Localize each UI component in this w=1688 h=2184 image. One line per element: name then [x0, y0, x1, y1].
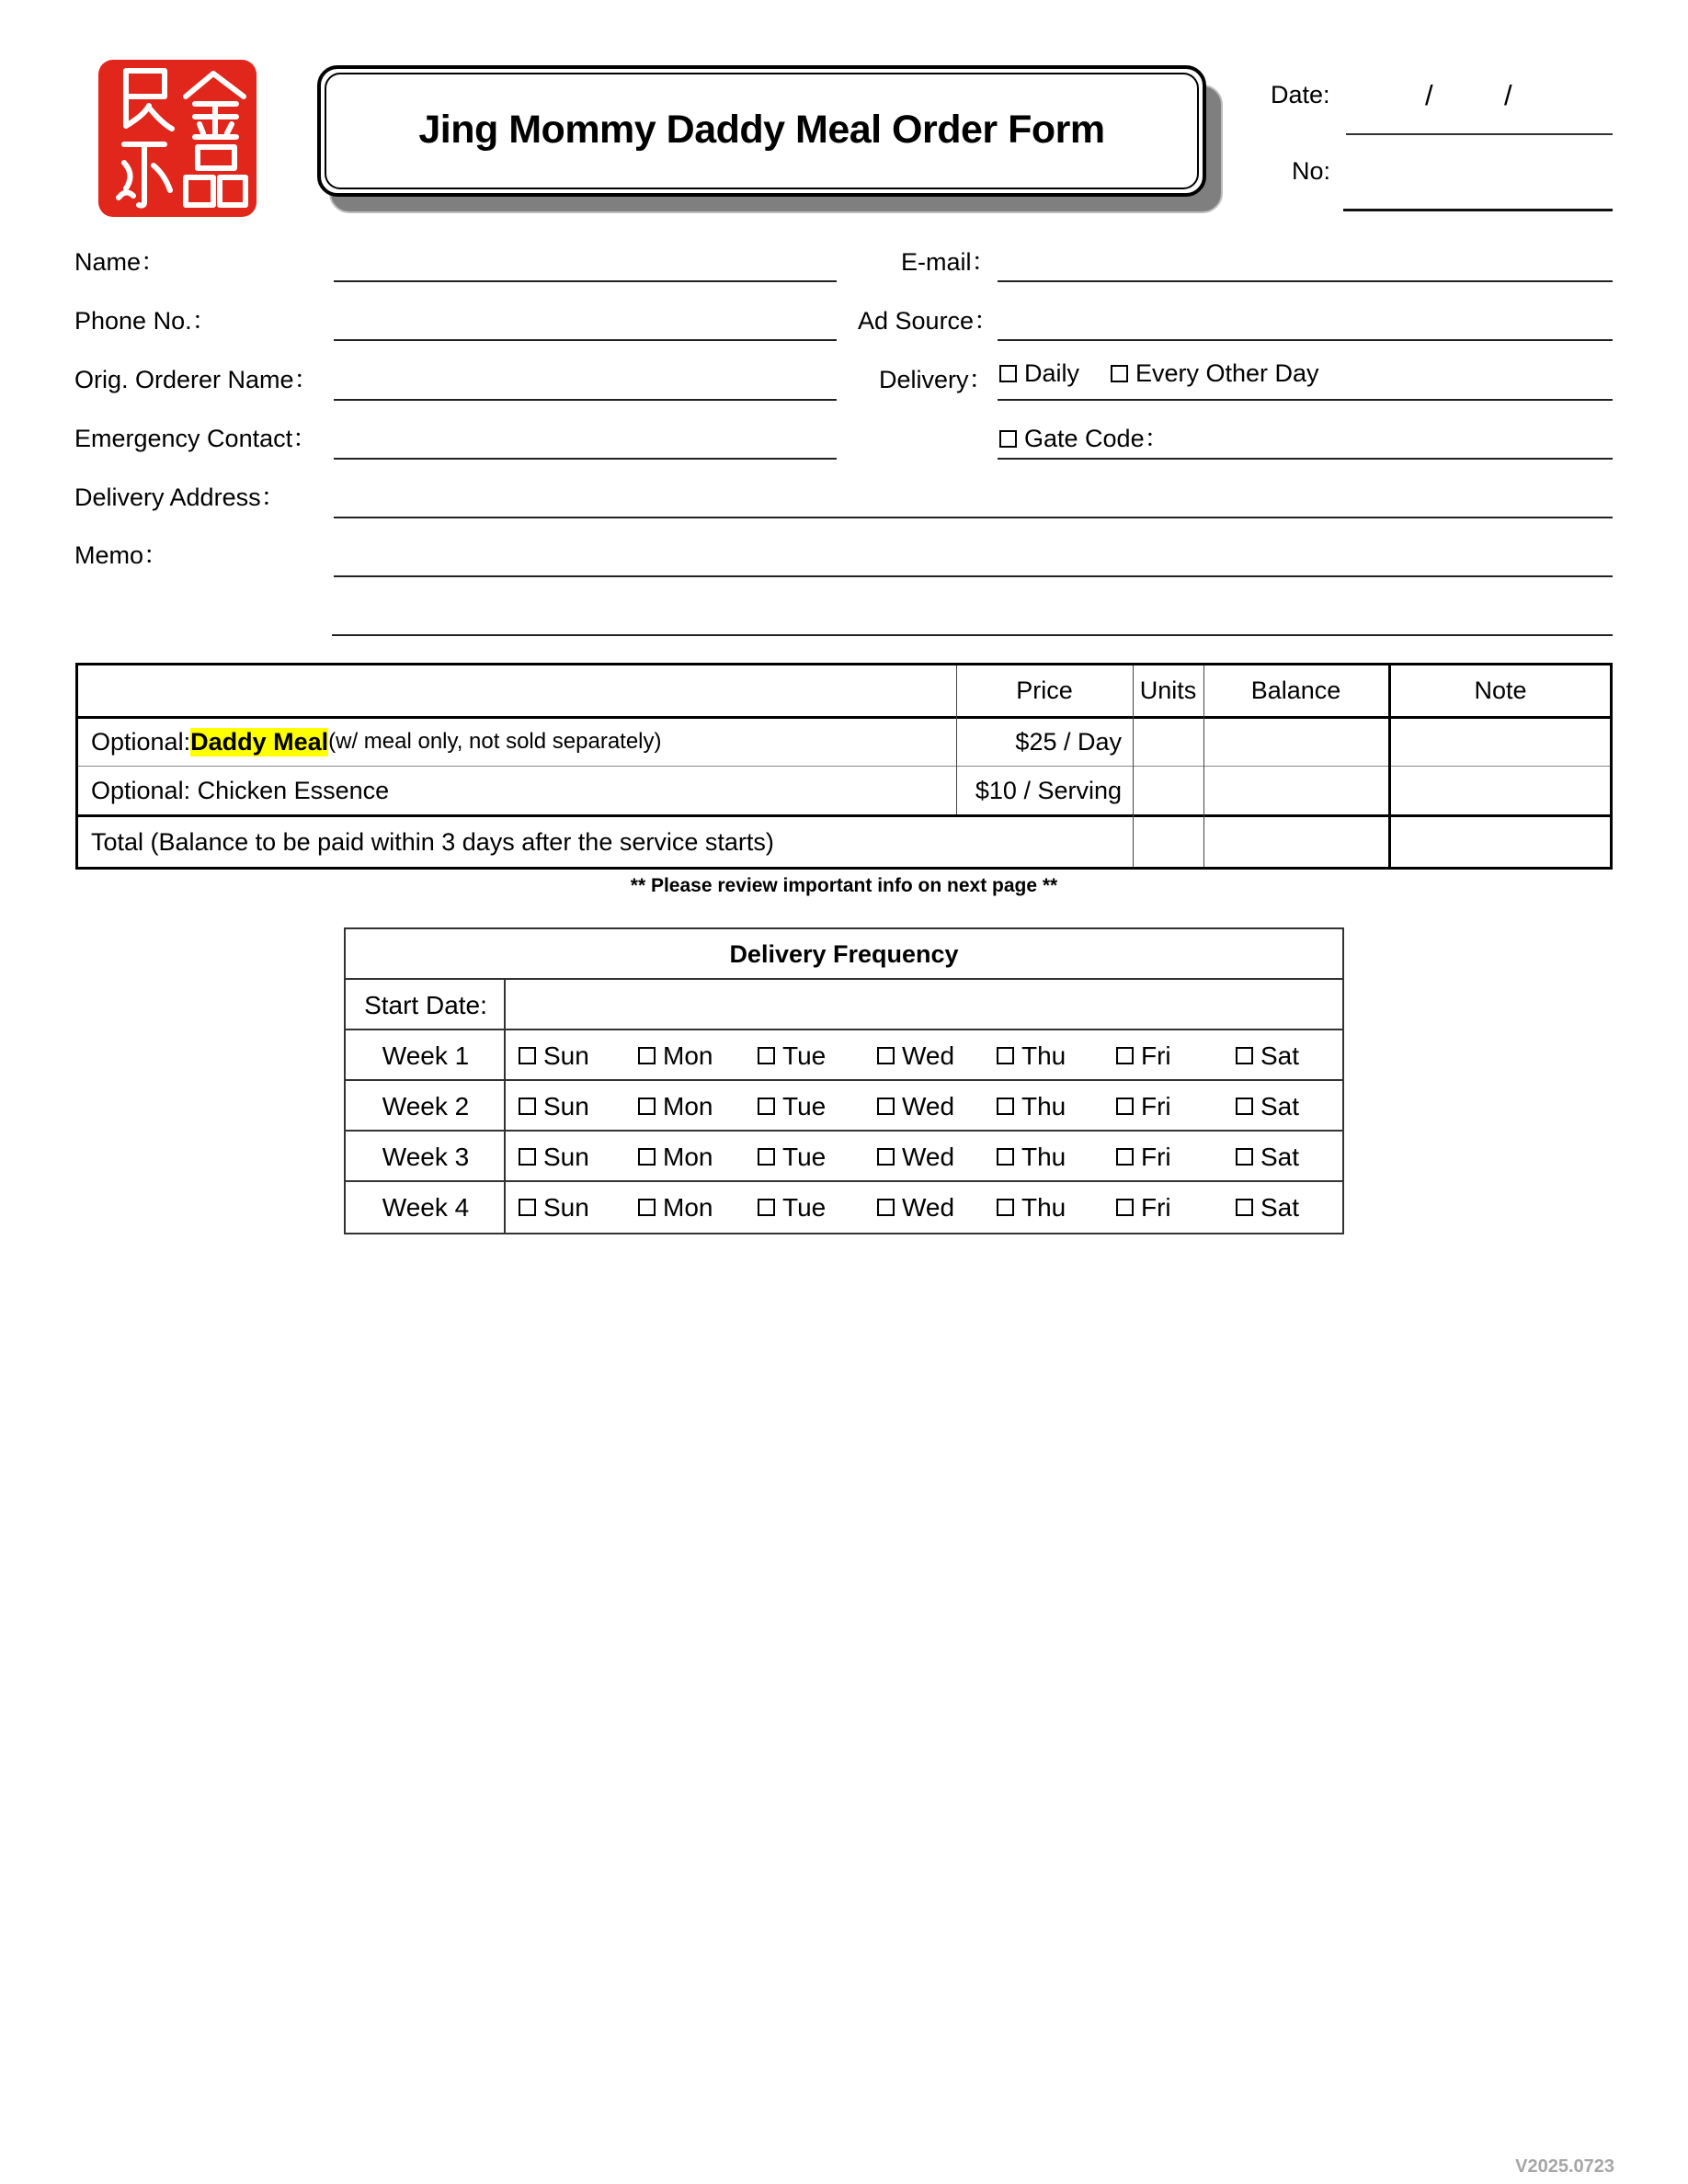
- version-label: V2025.0723: [1515, 2156, 1614, 2178]
- day-option-fri[interactable]: Fri: [1116, 1030, 1171, 1081]
- day-option-wed[interactable]: Wed: [877, 1030, 954, 1081]
- checkbox-icon[interactable]: [758, 1148, 775, 1166]
- day-label: Fri: [1141, 1193, 1171, 1223]
- day-label: Mon: [663, 1143, 713, 1172]
- checkbox-icon[interactable]: [877, 1199, 895, 1216]
- chicken-essence-units[interactable]: [1133, 767, 1203, 814]
- delivery-every-other-day-label: Every Other Day: [1135, 359, 1319, 387]
- checkbox-icon[interactable]: [1116, 1199, 1134, 1216]
- checkbox-icon[interactable]: [519, 1047, 536, 1064]
- day-option-mon[interactable]: Mon: [638, 1081, 713, 1132]
- checkbox-icon[interactable]: [877, 1098, 895, 1115]
- start-date-label: Start Date:: [346, 980, 506, 1030]
- checkbox-icon[interactable]: [1236, 1199, 1253, 1216]
- day-option-sun[interactable]: Sun: [519, 1030, 589, 1081]
- gate-code-option[interactable]: Gate Code：: [999, 418, 1169, 454]
- phone-field[interactable]: [334, 339, 837, 341]
- day-label: Wed: [902, 1041, 954, 1071]
- day-option-thu[interactable]: Thu: [997, 1132, 1066, 1182]
- name-label: Name：: [74, 242, 165, 278]
- checkbox-icon[interactable]: [519, 1098, 536, 1115]
- no-label: No:: [1292, 157, 1330, 186]
- delivery-every-other-day-option[interactable]: Every Other Day: [1111, 359, 1319, 388]
- day-label: Sat: [1260, 1041, 1299, 1071]
- header-units: Units: [1133, 665, 1203, 716]
- checkbox-icon[interactable]: [999, 430, 1017, 448]
- day-label: Wed: [902, 1092, 954, 1121]
- day-option-wed[interactable]: Wed: [877, 1132, 954, 1182]
- delivery-daily-label: Daily: [1024, 359, 1079, 387]
- week-label: Week 4: [346, 1182, 506, 1233]
- checkbox-icon[interactable]: [758, 1098, 775, 1115]
- memo-field-line-2[interactable]: [332, 634, 1613, 636]
- day-option-wed[interactable]: Wed: [877, 1081, 954, 1132]
- checkbox-icon[interactable]: [1236, 1047, 1253, 1064]
- day-label: Thu: [1021, 1092, 1066, 1121]
- day-option-fri[interactable]: Fri: [1116, 1081, 1171, 1132]
- day-option-wed[interactable]: Wed: [877, 1182, 954, 1233]
- total-units[interactable]: [1133, 817, 1203, 867]
- header-balance: Balance: [1203, 665, 1388, 716]
- title-box: Jing Mommy Daddy Meal Order Form: [317, 65, 1206, 197]
- checkbox-icon[interactable]: [638, 1098, 656, 1115]
- price-table: Price Units Balance Note Optional: Daddy…: [75, 663, 1613, 870]
- checkbox-icon[interactable]: [1111, 365, 1128, 382]
- checkbox-icon[interactable]: [519, 1148, 536, 1166]
- delivery-address-label: Delivery Address：: [74, 477, 286, 513]
- ad-source-label: Ad Source：: [858, 301, 998, 336]
- day-option-mon[interactable]: Mon: [638, 1132, 713, 1182]
- checkbox-icon[interactable]: [997, 1098, 1014, 1115]
- checkbox-icon[interactable]: [638, 1199, 656, 1216]
- day-option-sun[interactable]: Sun: [519, 1182, 589, 1233]
- week-label: Week 1: [346, 1030, 506, 1081]
- checkbox-icon[interactable]: [1116, 1148, 1134, 1166]
- delivery-frequency-table: Delivery Frequency Start Date: Week 1Sun…: [344, 927, 1344, 1234]
- chicken-essence-balance[interactable]: [1203, 767, 1388, 814]
- total-label: Total (Balance to be paid within 3 days …: [91, 817, 774, 867]
- daddy-meal-note[interactable]: [1391, 718, 1610, 766]
- day-option-tue[interactable]: Tue: [758, 1030, 826, 1081]
- day-label: Wed: [902, 1193, 954, 1223]
- checkbox-icon[interactable]: [638, 1047, 656, 1064]
- day-label: Tue: [782, 1092, 826, 1121]
- checkbox-icon[interactable]: [877, 1148, 895, 1166]
- day-option-fri[interactable]: Fri: [1116, 1132, 1171, 1182]
- daddy-meal-description: Optional: Daddy Meal (w/ meal only, not …: [91, 718, 662, 766]
- day-label: Thu: [1021, 1041, 1066, 1071]
- week-label: Week 3: [346, 1132, 506, 1182]
- row-prefix: Optional:: [91, 728, 190, 756]
- week-label: Week 2: [346, 1081, 506, 1132]
- daddy-meal-price: $25 / Day: [956, 718, 1122, 766]
- checkbox-icon[interactable]: [1236, 1098, 1253, 1115]
- gate-code-label: Gate Code：: [1024, 425, 1169, 452]
- emergency-contact-label: Emergency Contact：: [74, 418, 317, 454]
- day-label: Tue: [782, 1041, 826, 1071]
- start-date-field[interactable]: [508, 980, 1342, 1030]
- day-label: Tue: [782, 1143, 826, 1172]
- date-field[interactable]: [1346, 133, 1613, 135]
- delivery-label: Delivery：: [879, 359, 994, 395]
- day-label: Mon: [663, 1041, 713, 1071]
- day-label: Tue: [782, 1193, 826, 1223]
- chicken-essence-note[interactable]: [1391, 767, 1610, 814]
- orig-orderer-label: Orig. Orderer Name：: [74, 359, 319, 395]
- checkbox-icon[interactable]: [1116, 1047, 1134, 1064]
- memo-field-line-1[interactable]: [334, 575, 1613, 577]
- checkbox-icon[interactable]: [877, 1047, 895, 1064]
- day-option-mon[interactable]: Mon: [638, 1030, 713, 1081]
- date-label: Date:: [1271, 81, 1330, 109]
- day-label: Sat: [1260, 1193, 1299, 1223]
- orig-orderer-field[interactable]: [334, 399, 837, 401]
- day-label: Sat: [1260, 1092, 1299, 1121]
- day-option-fri[interactable]: Fri: [1116, 1182, 1171, 1233]
- day-option-tue[interactable]: Tue: [758, 1081, 826, 1132]
- no-field[interactable]: [1343, 209, 1613, 211]
- checkbox-icon[interactable]: [1116, 1098, 1134, 1115]
- header-note: Note: [1391, 665, 1610, 716]
- day-label: Mon: [663, 1092, 713, 1121]
- date-separator: /: [1504, 79, 1512, 112]
- checkbox-icon[interactable]: [1236, 1148, 1253, 1166]
- daddy-meal-units[interactable]: [1133, 718, 1203, 766]
- delivery-daily-option[interactable]: Daily: [999, 359, 1079, 388]
- header-price: Price: [956, 665, 1133, 716]
- day-option-sat[interactable]: Sat: [1236, 1132, 1299, 1182]
- day-label: Sun: [543, 1193, 589, 1223]
- email-field[interactable]: [998, 280, 1613, 282]
- day-label: Fri: [1141, 1143, 1171, 1172]
- checkbox-icon[interactable]: [999, 365, 1017, 382]
- day-label: Wed: [902, 1143, 954, 1172]
- day-label: Fri: [1141, 1041, 1171, 1071]
- checkbox-icon[interactable]: [519, 1199, 536, 1216]
- page-title: Jing Mommy Daddy Meal Order Form: [321, 108, 1203, 153]
- total-note[interactable]: [1391, 817, 1610, 867]
- checkbox-icon[interactable]: [758, 1047, 775, 1064]
- name-field[interactable]: [334, 280, 837, 282]
- chicken-essence-price: $10 / Serving: [956, 767, 1122, 814]
- checkbox-icon[interactable]: [997, 1047, 1014, 1064]
- gate-code-field[interactable]: [998, 458, 1613, 460]
- day-label: Mon: [663, 1193, 713, 1223]
- memo-label: Memo：: [74, 535, 168, 571]
- day-option-thu[interactable]: Thu: [997, 1030, 1066, 1081]
- day-option-sat[interactable]: Sat: [1236, 1182, 1299, 1233]
- day-option-tue[interactable]: Tue: [758, 1132, 826, 1182]
- emergency-contact-field[interactable]: [334, 458, 837, 460]
- checkbox-icon[interactable]: [758, 1199, 775, 1216]
- day-option-thu[interactable]: Thu: [997, 1182, 1066, 1233]
- day-label: Sun: [543, 1143, 589, 1172]
- checkbox-icon[interactable]: [997, 1148, 1014, 1166]
- row-suffix: (w/ meal only, not sold separately): [328, 729, 661, 755]
- checkbox-icon[interactable]: [997, 1199, 1014, 1216]
- ad-source-field[interactable]: [998, 339, 1613, 341]
- day-option-sat[interactable]: Sat: [1236, 1081, 1299, 1132]
- phone-label: Phone No.：: [74, 301, 217, 336]
- delivery-address-field[interactable]: [334, 517, 1613, 518]
- day-label: Sun: [543, 1041, 589, 1071]
- delivery-frequency-title: Delivery Frequency: [346, 929, 1342, 980]
- day-option-sun[interactable]: Sun: [519, 1132, 589, 1182]
- email-label: E-mail：: [901, 242, 997, 278]
- logo: [98, 60, 257, 217]
- day-label: Fri: [1141, 1092, 1171, 1121]
- day-label: Sat: [1260, 1143, 1299, 1172]
- seal-logo-icon: [98, 60, 257, 217]
- day-option-mon[interactable]: Mon: [638, 1182, 713, 1233]
- date-separator: /: [1425, 79, 1433, 112]
- delivery-line: [998, 399, 1613, 401]
- day-label: Thu: [1021, 1143, 1066, 1172]
- total-balance[interactable]: [1203, 817, 1388, 867]
- day-label: Thu: [1021, 1193, 1066, 1223]
- checkbox-icon[interactable]: [638, 1148, 656, 1166]
- daddy-meal-balance[interactable]: [1203, 718, 1388, 766]
- day-option-sat[interactable]: Sat: [1236, 1030, 1299, 1081]
- highlight-daddy-meal: Daddy Meal: [190, 728, 328, 756]
- day-label: Sun: [543, 1092, 589, 1121]
- day-option-tue[interactable]: Tue: [758, 1182, 826, 1233]
- chicken-essence-description: Optional: Chicken Essence: [91, 767, 389, 814]
- review-note: ** Please review important info on next …: [0, 875, 1688, 897]
- day-option-thu[interactable]: Thu: [997, 1081, 1066, 1132]
- day-option-sun[interactable]: Sun: [519, 1081, 589, 1132]
